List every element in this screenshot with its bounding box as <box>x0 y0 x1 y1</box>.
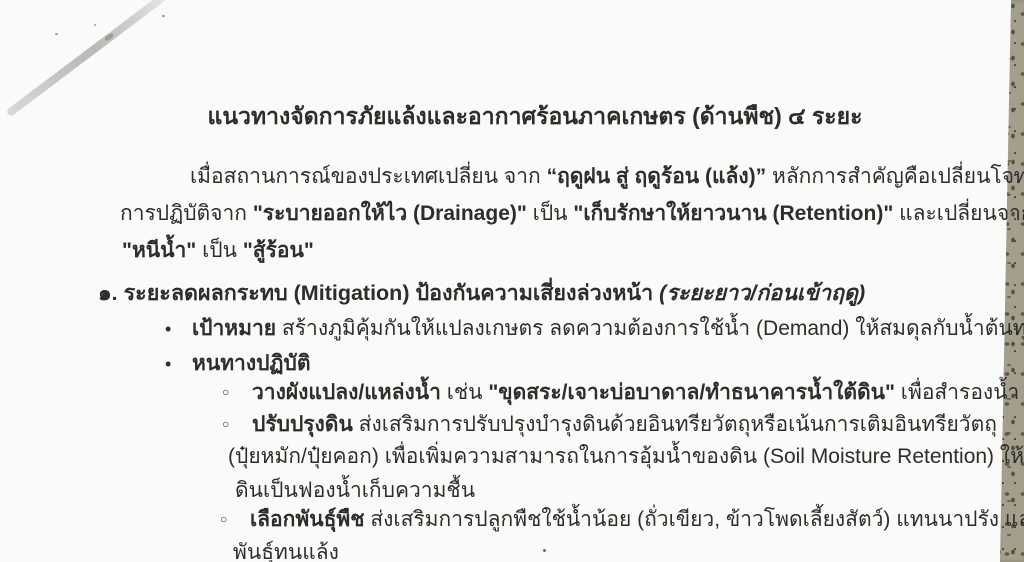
intro-line-3: "หนีน้ำ" เป็น "สู้ร้อน" <box>122 237 314 265</box>
crop-text-continued: พันธุ์ทนแล้ง <box>233 541 339 562</box>
intro-text: หลักการสำคัญคือเปลี่ยนโจทย์ใน <box>766 165 1024 188</box>
quoted-phrase-flee-water: "หนีน้ำ" <box>122 239 196 262</box>
intro-text: การปฏิบัติจาก <box>120 202 253 225</box>
dust-speck <box>55 33 58 35</box>
sub-bullet-icon: ○ <box>220 505 250 533</box>
sub-bullet-layout: ○วางผังแปลง/แหล่งน้ำ เช่น "ขุดสระ/เจาะบ่… <box>222 378 1019 407</box>
layout-text-tail: เพื่อสำรองน้ำ <box>895 381 1019 404</box>
bullet-practice: •หนทางปฏิบัติ <box>165 350 310 378</box>
goal-text: สร้างภูมิคุ้มกันให้แปลงเกษตร ลดความต้องก… <box>276 317 1024 340</box>
quoted-phrase-drainage: "ระบายออกให้ไว (Drainage)" <box>253 202 527 225</box>
layout-label: วางผังแปลง/แหล่งน้ำ <box>252 381 441 404</box>
bullet-icon: • <box>165 350 192 378</box>
crop-label: เลือกพันธุ์พืช <box>250 508 365 531</box>
crop-text: ส่งเสริมการปลูกพืชใช้น้ำน้อย (ถั่วเขียว,… <box>365 508 1024 531</box>
sub-bullet-icon: ○ <box>222 378 252 406</box>
goal-label: เป้าหมาย <box>192 317 276 340</box>
layout-quoted-methods: "ขุดสระ/เจาะบ่อบาดาล/ทำธนาคารน้ำใต้ดิน" <box>488 381 895 404</box>
section1-heading-note: (ระยะยาว/ก่อนเข้าฤดู) <box>659 281 865 305</box>
quoted-phrase-retention: "เก็บรักษาให้ยาวนาน (Retention)" <box>573 202 893 225</box>
sub-bullet-soil-line-2: (ปุ๋ยหมัก/ปุ๋ยคอก) เพื่อเพิ่มความสามารถใ… <box>228 443 1024 471</box>
sub-bullet-crop-line-1: ○เลือกพันธุ์พืช ส่งเสริมการปลูกพืชใช้น้ำ… <box>220 505 1024 534</box>
intro-line-2: การปฏิบัติจาก "ระบายออกให้ไว (Drainage)"… <box>120 200 1024 228</box>
intro-text: เป็น <box>527 202 574 225</box>
bullet-icon: • <box>165 315 192 343</box>
scanned-document-page: แนวทางจัดการภัยแล้งและอากาศร้อนภาคเกษตร … <box>0 0 1024 562</box>
layout-text: เช่น <box>441 381 488 404</box>
soil-text-continued: ดินเป็นฟองน้ำเก็บความชื้น <box>235 479 475 502</box>
sub-bullet-crop-line-2: พันธุ์ทนแล้ง <box>233 539 339 562</box>
sub-bullet-soil-line-1: ○ปรับปรุงดิน ส่งเสริมการปรับปรุงบำรุงดิน… <box>222 410 997 439</box>
section1-heading: ๑. ระยะลดผลกระทบ (Mitigation) ป้องกันควา… <box>98 279 865 307</box>
soil-text-continued: (ปุ๋ยหมัก/ปุ๋ยคอก) เพื่อเพิ่มความสามารถใ… <box>228 445 1024 468</box>
quoted-phrase-fight-heat: "สู้ร้อน" <box>243 239 314 262</box>
practice-label: หนทางปฏิบัติ <box>192 352 310 375</box>
fabric-background-edge <box>995 0 1024 562</box>
document-title: แนวทางจัดการภัยแล้งและอากาศร้อนภาคเกษตร … <box>110 99 960 135</box>
soil-label: ปรับปรุงดิน <box>252 413 353 436</box>
dust-speck <box>94 24 96 26</box>
intro-text: เมื่อสถานการณ์ของประเทศเปลี่ยน จาก <box>190 165 547 188</box>
quoted-phrase-seasons: “ฤดูฝน สู่ ฤดูร้อน (แล้ง)” <box>547 165 767 188</box>
dust-speck <box>543 549 546 552</box>
intro-text: และเปลี่ยนจาก <box>893 202 1024 225</box>
intro-line-1: เมื่อสถานการณ์ของประเทศเปลี่ยน จาก “ฤดูฝ… <box>190 163 1024 191</box>
soil-text: ส่งเสริมการปรับปรุงบำรุงดินด้วยอินทรียวั… <box>353 413 997 436</box>
section1-heading-main: ๑. ระยะลดผลกระทบ (Mitigation) ป้องกันควา… <box>98 281 659 305</box>
sub-bullet-icon: ○ <box>222 410 252 438</box>
dust-speck <box>162 15 165 17</box>
bullet-goal: •เป้าหมาย สร้างภูมิคุ้มกันให้แปลงเกษตร ล… <box>165 315 1024 343</box>
sub-bullet-soil-line-3: ดินเป็นฟองน้ำเก็บความชื้น <box>235 477 475 505</box>
intro-text: เป็น <box>196 239 243 262</box>
